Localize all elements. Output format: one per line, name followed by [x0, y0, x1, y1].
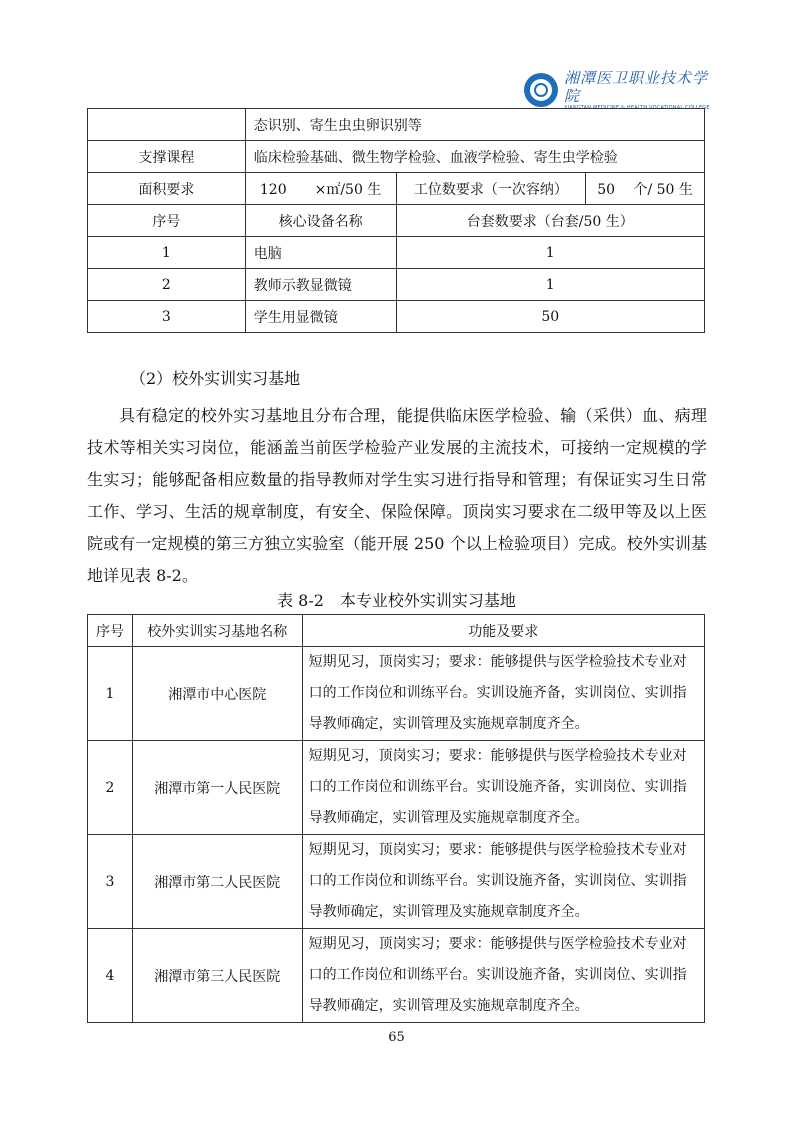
- column-header: 台套数要求（台套/50 生）: [396, 205, 705, 237]
- station-value: 50 个/ 50 生: [586, 173, 705, 205]
- base-name: 湘潭市第三人民医院: [132, 929, 302, 1023]
- base-name: 湘潭市第二人民医院: [132, 835, 302, 929]
- area-value: 120 ×㎡/50 生: [245, 173, 396, 205]
- table-row: 4 湘潭市第三人民医院 短期见习，顶岗实习；要求：能够提供与医学检验技术专业对口…: [88, 929, 705, 1023]
- table-row: 2 湘潭市第一人民医院 短期见习，顶岗实习；要求：能够提供与医学检验技术专业对口…: [88, 741, 705, 835]
- table-header-row: 序号 校外实训实习基地名称 功能及要求: [88, 615, 705, 647]
- equipment-name: 学生用显微镜: [245, 301, 396, 333]
- table-row: 支撑课程 临床检验基础、微生物学检验、血液学检验、寄生虫学检验: [88, 141, 705, 173]
- column-header: 序号: [88, 205, 246, 237]
- row-number: 3: [88, 835, 133, 929]
- base-function: 短期见习，顶岗实习；要求：能够提供与医学检验技术专业对口的工作岗位和训练平台。实…: [302, 647, 704, 741]
- column-header: 序号: [88, 615, 133, 647]
- row-number: 1: [88, 647, 133, 741]
- page-number: 65: [0, 1030, 793, 1045]
- external-bases-table: 序号 校外实训实习基地名称 功能及要求 1 湘潭市中心医院 短期见习，顶岗实习；…: [87, 614, 705, 1023]
- table-header-row: 序号 核心设备名称 台套数要求（台套/50 生）: [88, 205, 705, 237]
- row-number: 4: [88, 929, 133, 1023]
- row-value: 临床检验基础、微生物学检验、血液学检验、寄生虫学检验: [245, 141, 704, 173]
- row-number: 2: [88, 269, 246, 301]
- table-caption: 表 8-2 本专业校外实训实习基地: [0, 588, 793, 611]
- table-row: 面积要求 120 ×㎡/50 生 工位数要求（一次容纳） 50 个/ 50 生: [88, 173, 705, 205]
- table-row: 3 湘潭市第二人民医院 短期见习，顶岗实习；要求：能够提供与医学检验技术专业对口…: [88, 835, 705, 929]
- equipment-qty: 50: [396, 301, 705, 333]
- row-label: 面积要求: [88, 173, 246, 205]
- base-function: 短期见习，顶岗实习；要求：能够提供与医学检验技术专业对口的工作岗位和训练平台。实…: [302, 835, 704, 929]
- column-header: 功能及要求: [302, 615, 704, 647]
- logo-chinese-name: 湘潭医卫职业技术学院: [564, 69, 714, 105]
- table-row: 1 湘潭市中心医院 短期见习，顶岗实习；要求：能够提供与医学检验技术专业对口的工…: [88, 647, 705, 741]
- table-row: 1 电脑 1: [88, 237, 705, 269]
- table-row: 3 学生用显微镜 50: [88, 301, 705, 333]
- row-label: 支撑课程: [88, 141, 246, 173]
- column-header: 校外实训实习基地名称: [132, 615, 302, 647]
- base-function: 短期见习，顶岗实习；要求：能够提供与医学检验技术专业对口的工作岗位和训练平台。实…: [302, 741, 704, 835]
- table-row: 态识别、寄生虫虫卵识别等: [88, 109, 705, 141]
- row-value: 态识别、寄生虫虫卵识别等: [245, 109, 704, 141]
- station-label: 工位数要求（一次容纳）: [396, 173, 586, 205]
- base-function: 短期见习，顶岗实习；要求：能够提供与医学检验技术专业对口的工作岗位和训练平台。实…: [302, 929, 704, 1023]
- table-row: 2 教师示教显微镜 1: [88, 269, 705, 301]
- section-subheading: （2）校外实训实习基地: [130, 366, 300, 389]
- base-name: 湘潭市中心医院: [132, 647, 302, 741]
- equipment-name: 教师示教显微镜: [245, 269, 396, 301]
- equipment-name: 电脑: [245, 237, 396, 269]
- row-number: 2: [88, 741, 133, 835]
- equipment-qty: 1: [396, 237, 705, 269]
- section-paragraph: 具有稳定的校外实习基地且分布合理，能提供临床医学检验、输（采供）血、病理技术等相…: [87, 400, 707, 592]
- lab-requirements-table: 态识别、寄生虫虫卵识别等 支撑课程 临床检验基础、微生物学检验、血液学检验、寄生…: [87, 108, 705, 333]
- column-header: 核心设备名称: [245, 205, 396, 237]
- college-emblem-icon: [524, 73, 558, 107]
- equipment-qty: 1: [396, 269, 705, 301]
- row-number: 1: [88, 237, 246, 269]
- row-number: 3: [88, 301, 246, 333]
- college-logo: 湘潭医卫职业技术学院 XIANGTAN MEDICINE & HEALTH VO…: [524, 70, 714, 110]
- row-label: [88, 109, 246, 141]
- base-name: 湘潭市第一人民医院: [132, 741, 302, 835]
